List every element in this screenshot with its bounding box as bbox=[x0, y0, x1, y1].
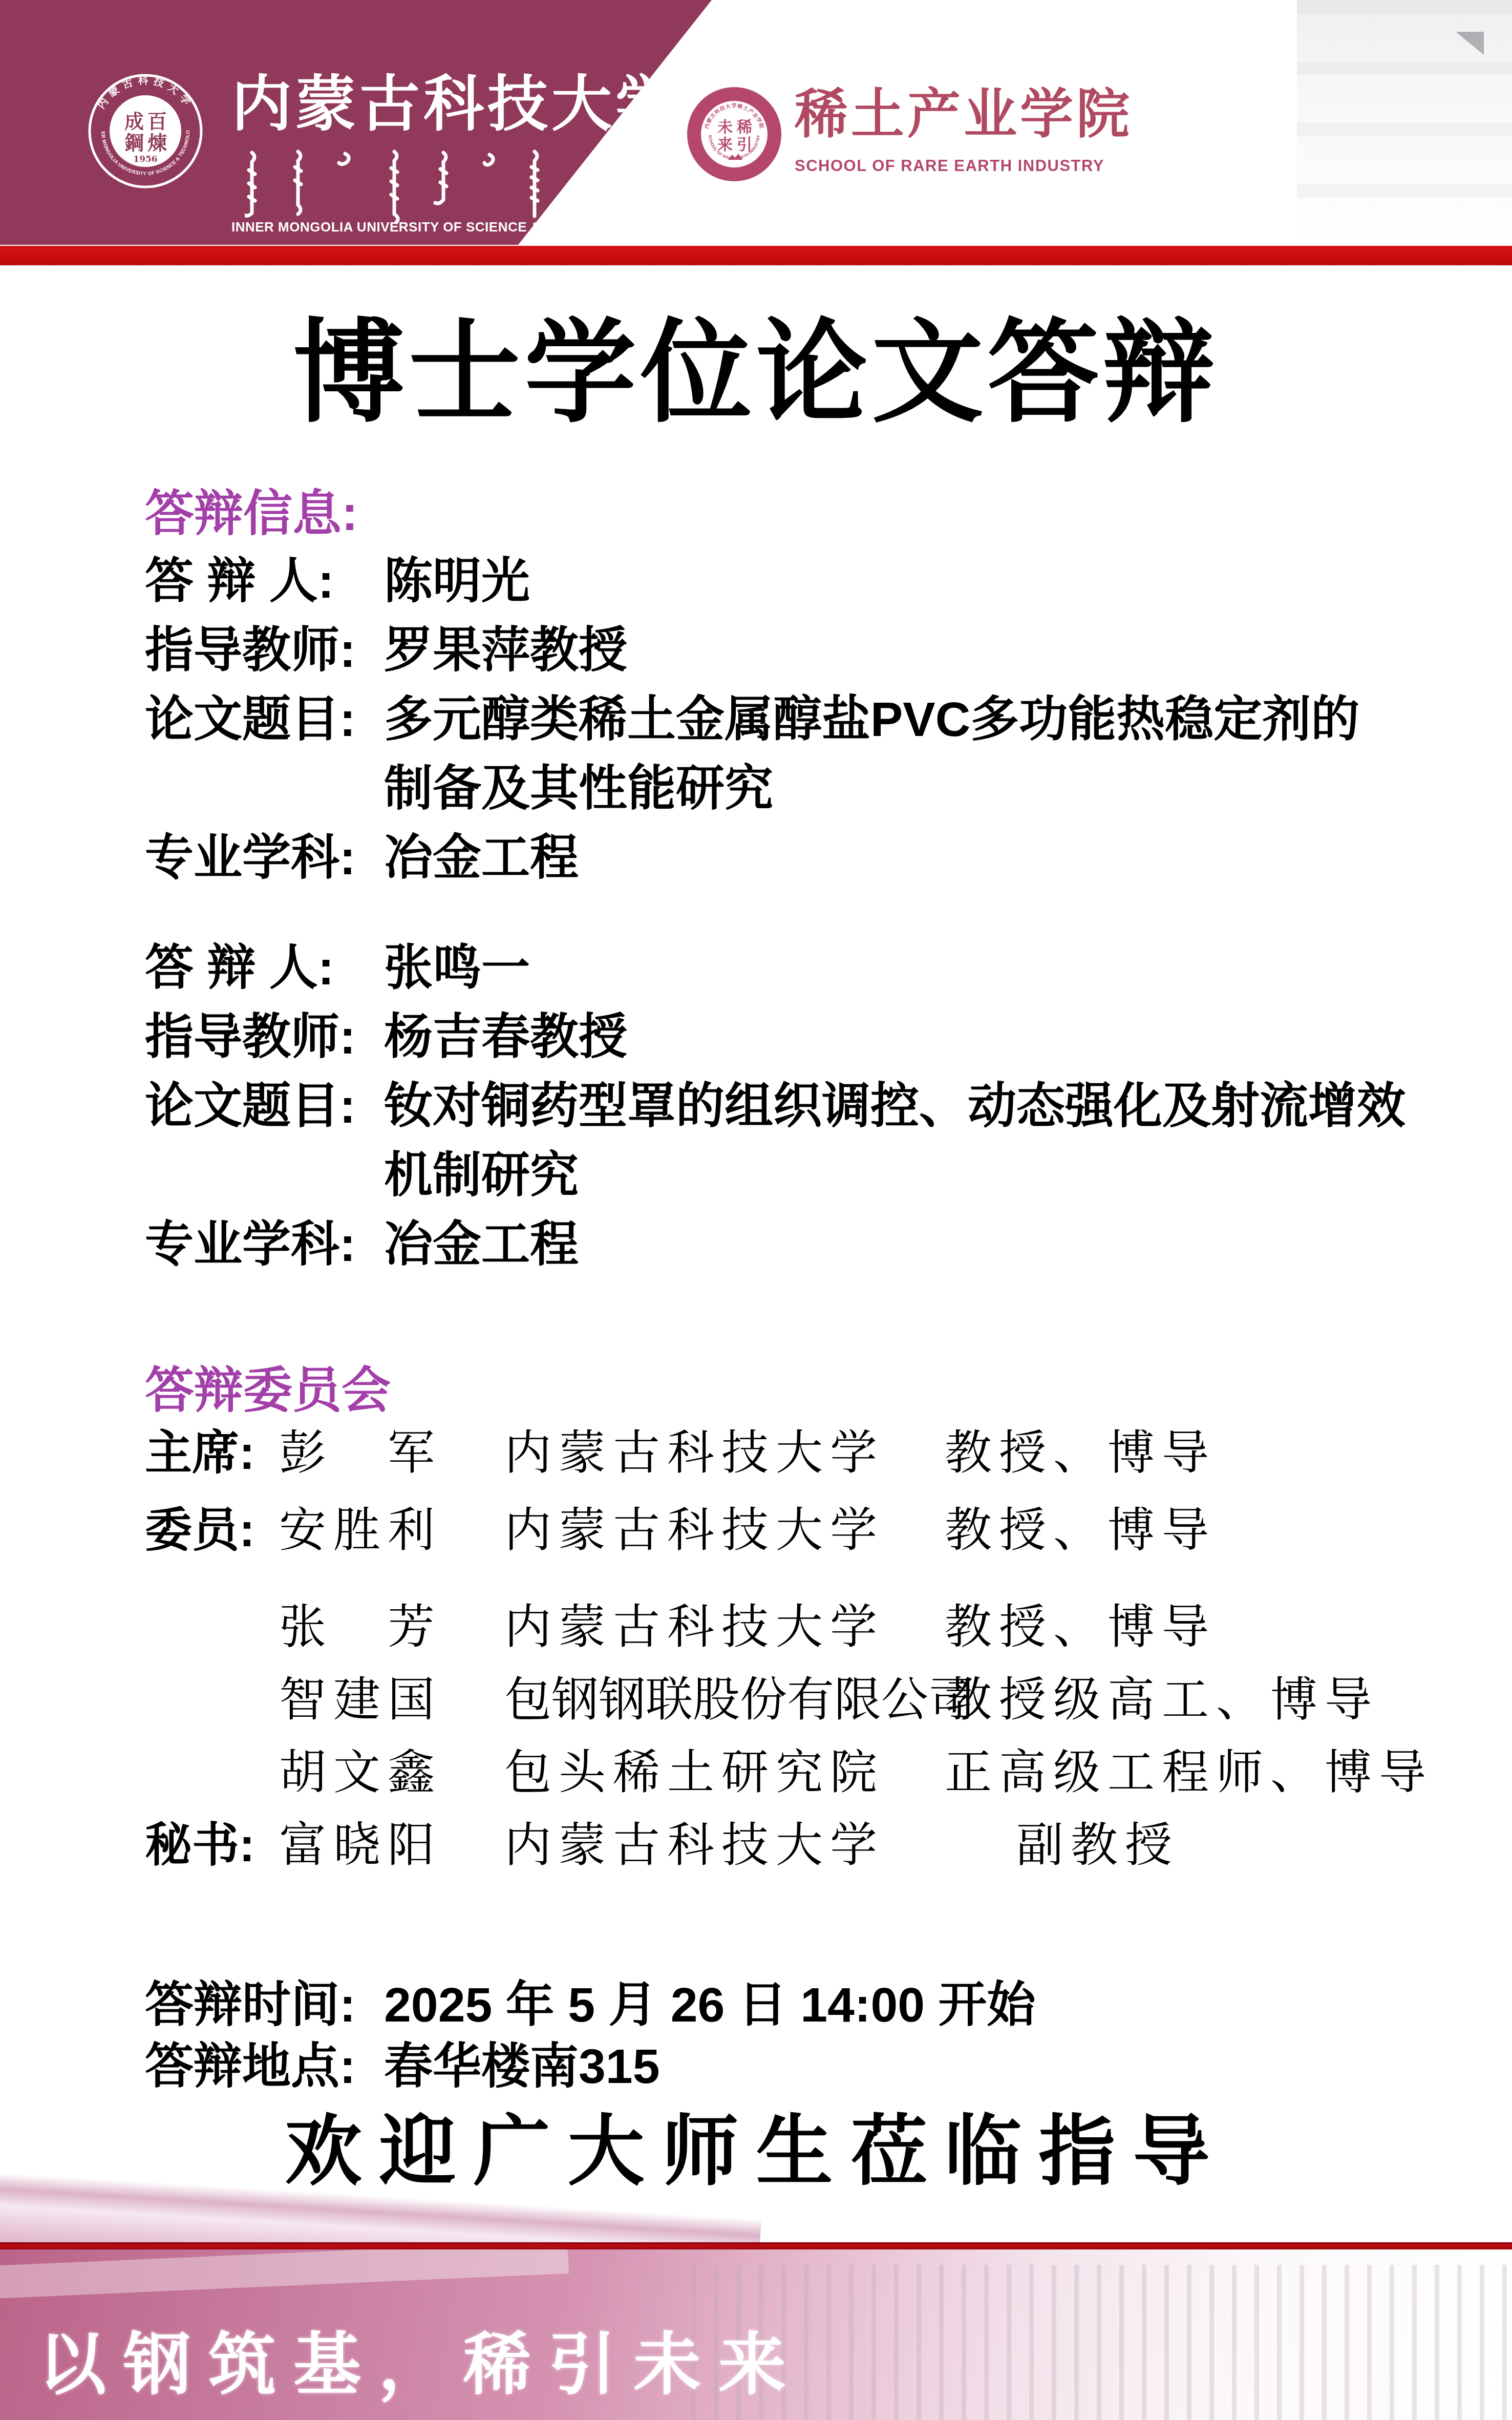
header: 内蒙古科技大学 INNER MONGOLIA UNIVERSITY OF SCI… bbox=[0, 0, 1512, 246]
building-roof-detail bbox=[1456, 32, 1484, 55]
member-name: 彭 军 bbox=[279, 1421, 504, 1485]
member-name: 富晓阳 bbox=[279, 1814, 504, 1877]
advisor-name: 罗果萍教授 bbox=[384, 623, 627, 678]
candidate-row: 答 辩 人:陈明光 bbox=[145, 548, 530, 615]
member-affiliation: 内蒙古科技大学 bbox=[504, 1814, 945, 1877]
school-name-en: SCHOOL OF RARE EARTH INDUSTRY bbox=[795, 157, 1122, 175]
banner-light-swoosh bbox=[0, 2249, 569, 2299]
footer-banner: 以钢筑基，稀引未来 bbox=[0, 2249, 1512, 2420]
seal-char-bl: 鋼 bbox=[124, 131, 144, 154]
member-title: 正高级工程师、博导 bbox=[945, 1745, 1433, 1800]
candidate-row: 答 辩 人:张鸣一 bbox=[145, 935, 530, 1001]
major-label: 专业学科: bbox=[145, 1211, 384, 1278]
member-affiliation: 内蒙古科技大学 bbox=[504, 1421, 945, 1485]
defense-time-value: 2025 年 5 月 26 日 14:00 开始 bbox=[384, 1978, 1036, 2032]
member-title: 教授、博导 bbox=[945, 1600, 1216, 1654]
member-affiliation: 包头稀土研究院 bbox=[504, 1741, 945, 1804]
member-role: 秘书: bbox=[145, 1814, 279, 1877]
committee-row: 胡文鑫包头稀土研究院正高级工程师、博导 bbox=[145, 1741, 1433, 1804]
thesis-title-line1: 多元醇类稀土金属醇盐PVC多功能热稳定剂的 bbox=[384, 692, 1359, 747]
defense-time-row: 答辩时间:2025 年 5 月 26 日 14:00 开始 bbox=[145, 1972, 1036, 2038]
committee-row: 秘书:富晓阳内蒙古科技大学副教授 bbox=[145, 1814, 1179, 1877]
advisor-row: 指导教师:杨吉春教授 bbox=[145, 1004, 627, 1070]
major-row: 专业学科:冶金工程 bbox=[145, 1211, 579, 1278]
defense-place-row: 答辩地点:春华楼南315 bbox=[145, 2033, 660, 2100]
candidate-label: 答 辩 人: bbox=[145, 935, 384, 1001]
thesis-label: 论文题目: bbox=[145, 686, 384, 753]
member-role: 主席: bbox=[145, 1421, 279, 1485]
member-name: 智建国 bbox=[279, 1668, 504, 1732]
advisor-label: 指导教师: bbox=[145, 1004, 384, 1070]
campus-building-photo-top-right bbox=[1297, 0, 1512, 245]
member-role: 委员: bbox=[145, 1499, 279, 1562]
page-title: 博士学位论文答辩 bbox=[0, 298, 1512, 447]
university-seal-icon: 内蒙古科技大学 INNER MONGOLIA UNIVERSITY OF SCI… bbox=[87, 73, 204, 190]
footer-red-line bbox=[0, 2242, 1512, 2249]
thesis-title-line2: 机制研究 bbox=[384, 1142, 579, 1209]
thesis-title-line2: 制备及其性能研究 bbox=[384, 755, 773, 822]
member-name: 张 芳 bbox=[279, 1595, 504, 1659]
major-name: 冶金工程 bbox=[384, 1217, 579, 1272]
thesis-defense-poster: 内蒙古科技大学 INNER MONGOLIA UNIVERSITY OF SCI… bbox=[0, 0, 1512, 2420]
defense-time-label: 答辩时间: bbox=[145, 1972, 384, 2038]
member-affiliation: 内蒙古科技大学 bbox=[504, 1499, 945, 1562]
seal-char-tl: 成 bbox=[124, 110, 144, 133]
school-seal-icon: 内蒙古科技大学稀土产业学院 SCHOOL OF RARE EARTH INDUS… bbox=[685, 85, 783, 183]
thesis-title-row: 论文题目:钕对铜药型罩的组织调控、动态强化及射流增效 bbox=[145, 1073, 1405, 1140]
seal-char-tr: 百 bbox=[147, 110, 167, 133]
committee-row: 委员:安胜利内蒙古科技大学教授、博导 bbox=[145, 1499, 1216, 1562]
seal-year: 1956 bbox=[133, 154, 157, 164]
member-affiliation: 内蒙古科技大学 bbox=[504, 1595, 945, 1659]
committee-row: 智建国包钢钢联股份有限公司教授级高工、博导 bbox=[145, 1668, 1379, 1732]
member-title: 教授级高工、博导 bbox=[945, 1672, 1379, 1727]
university-name-en: INNER MONGOLIA UNIVERSITY OF SCIENCE & T… bbox=[231, 219, 600, 235]
candidate-name: 张鸣一 bbox=[384, 941, 530, 995]
committee-row: 主席:彭 军内蒙古科技大学教授、博导 bbox=[145, 1421, 1216, 1485]
committee-section-heading: 答辩委员会 bbox=[145, 1360, 391, 1421]
thesis-title-line1: 钕对铜药型罩的组织调控、动态强化及射流增效 bbox=[384, 1079, 1405, 1133]
major-row: 专业学科:冶金工程 bbox=[145, 825, 579, 891]
school-name-zh: 稀土产业学院 bbox=[795, 81, 1112, 148]
seal-char-br: 煉 bbox=[147, 131, 167, 154]
school-seal-char-bl: 来 bbox=[717, 136, 733, 154]
defense-place-value: 春华楼南315 bbox=[384, 2039, 660, 2094]
major-name: 冶金工程 bbox=[384, 831, 579, 885]
major-label: 专业学科: bbox=[145, 825, 384, 891]
defense-place-label: 答辩地点: bbox=[145, 2033, 384, 2100]
advisor-name: 杨吉春教授 bbox=[384, 1010, 627, 1064]
committee-row: 张 芳内蒙古科技大学教授、博导 bbox=[145, 1595, 1216, 1659]
member-name: 胡文鑫 bbox=[279, 1741, 504, 1804]
member-name: 安胜利 bbox=[279, 1499, 504, 1562]
banner-building-railings bbox=[691, 2265, 1512, 2420]
candidate-name: 陈明光 bbox=[384, 554, 530, 608]
info-section-heading: 答辩信息: bbox=[145, 483, 358, 544]
mongolian-script-icon bbox=[245, 150, 562, 226]
member-title: 教授、博导 bbox=[945, 1425, 1216, 1480]
red-divider-bar bbox=[0, 246, 1512, 265]
member-title: 教授、博导 bbox=[945, 1503, 1216, 1558]
footer-slogan: 以钢筑基，稀引未来 bbox=[38, 2321, 803, 2408]
university-name-zh: 内蒙古科技大学 bbox=[231, 66, 590, 142]
school-seal-char-tl: 未 bbox=[717, 118, 733, 136]
thesis-title-row: 论文题目:多元醇类稀土金属醇盐PVC多功能热稳定剂的 bbox=[145, 686, 1359, 753]
advisor-row: 指导教师:罗果萍教授 bbox=[145, 617, 627, 684]
member-affiliation: 包钢钢联股份有限公司 bbox=[504, 1668, 945, 1732]
school-seal-char-br: 引 bbox=[737, 136, 752, 154]
university-banner-block: 内蒙古科技大学 INNER MONGOLIA UNIVERSITY OF SCI… bbox=[0, 0, 768, 245]
member-title: 副教授 bbox=[945, 1818, 1179, 1872]
advisor-label: 指导教师: bbox=[145, 617, 384, 684]
thesis-label: 论文题目: bbox=[145, 1073, 384, 1140]
school-seal-char-tr: 稀 bbox=[736, 118, 752, 136]
candidate-label: 答 辩 人: bbox=[145, 548, 384, 615]
